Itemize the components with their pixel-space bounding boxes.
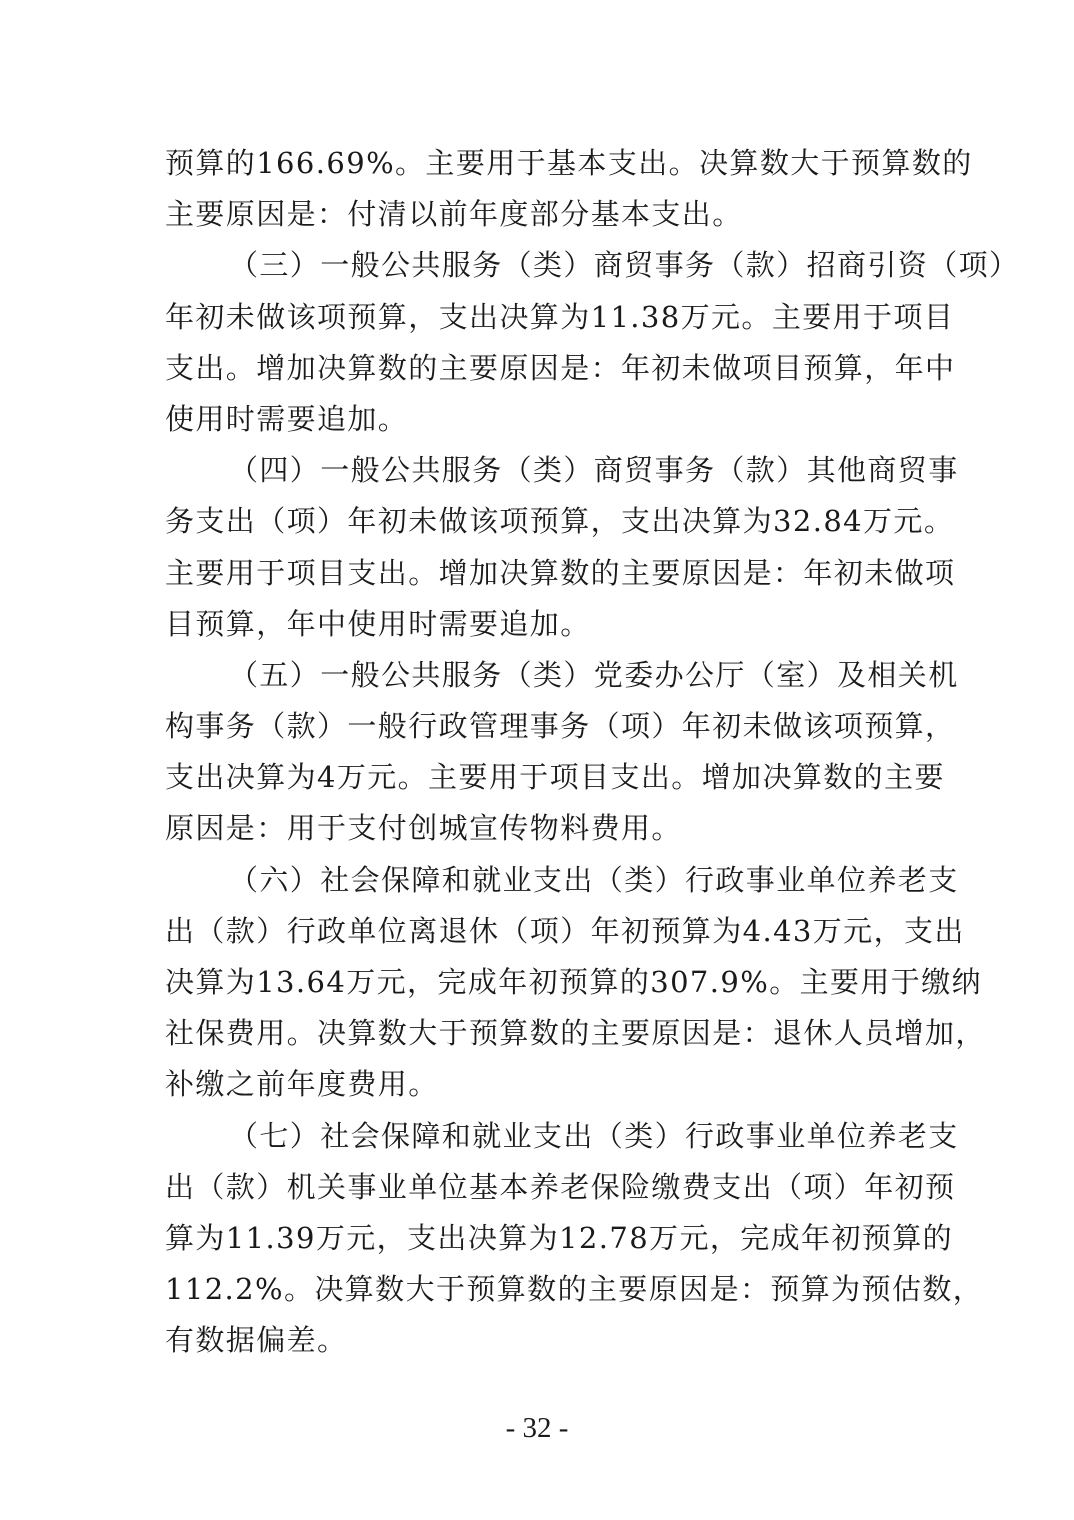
text-line: （三）一般公共服务（类）商贸事务（款）招商引资（项） — [165, 240, 925, 291]
text-line: 算为11.39万元，支出决算为12.78万元，完成年初预算的 — [165, 1213, 925, 1264]
text-line: 主要用于项目支出。增加决算数的主要原因是：年初未做项 — [165, 548, 925, 599]
text-line: 有数据偏差。 — [165, 1315, 925, 1366]
text-line: （七）社会保障和就业支出（类）行政事业单位养老支 — [165, 1111, 925, 1162]
text-line: 支出。增加决算数的主要原因是：年初未做项目预算，年中 — [165, 343, 925, 394]
text-line: 年初未做该项预算，支出决算为11.38万元。主要用于项目 — [165, 292, 925, 343]
paragraph-item-3: （三）一般公共服务（类）商贸事务（款）招商引资（项） 年初未做该项预算，支出决算… — [165, 240, 925, 445]
text-line: 112.2%。决算数大于预算数的主要原因是：预算为预估数， — [165, 1264, 925, 1315]
text-line: 补缴之前年度费用。 — [165, 1059, 925, 1110]
page-number: - 32 - — [0, 1410, 1074, 1446]
paragraph-item-6: （六）社会保障和就业支出（类）行政事业单位养老支 出（款）行政单位离退休（项）年… — [165, 855, 925, 1111]
text-line: 支出决算为4万元。主要用于项目支出。增加决算数的主要 — [165, 752, 925, 803]
text-line: （五）一般公共服务（类）党委办公厅（室）及相关机 — [165, 650, 925, 701]
text-line: 使用时需要追加。 — [165, 394, 925, 445]
text-line: 社保费用。决算数大于预算数的主要原因是：退休人员增加， — [165, 1008, 925, 1059]
text-line: （四）一般公共服务（类）商贸事务（款）其他商贸事 — [165, 445, 925, 496]
text-line: （六）社会保障和就业支出（类）行政事业单位养老支 — [165, 855, 925, 906]
paragraph-item-4: （四）一般公共服务（类）商贸事务（款）其他商贸事 务支出（项）年初未做该项预算，… — [165, 445, 925, 650]
text-line: 预算的166.69%。主要用于基本支出。决算数大于预算数的 — [165, 138, 925, 189]
text-line: 出（款）机关事业单位基本养老保险缴费支出（项）年初预 — [165, 1162, 925, 1213]
text-line: 目预算，年中使用时需要追加。 — [165, 599, 925, 650]
text-line: 务支出（项）年初未做该项预算，支出决算为32.84万元。 — [165, 496, 925, 547]
document-body: 预算的166.69%。主要用于基本支出。决算数大于预算数的 主要原因是：付清以前… — [165, 138, 925, 1367]
paragraph-item-7: （七）社会保障和就业支出（类）行政事业单位养老支 出（款）机关事业单位基本养老保… — [165, 1111, 925, 1367]
text-line: 主要原因是：付清以前年度部分基本支出。 — [165, 189, 925, 240]
text-line: 出（款）行政单位离退休（项）年初预算为4.43万元，支出 — [165, 906, 925, 957]
paragraph-continuation: 预算的166.69%。主要用于基本支出。决算数大于预算数的 主要原因是：付清以前… — [165, 138, 925, 240]
document-page: 预算的166.69%。主要用于基本支出。决算数大于预算数的 主要原因是：付清以前… — [0, 0, 1074, 1520]
text-line: 构事务（款）一般行政管理事务（项）年初未做该项预算， — [165, 701, 925, 752]
text-line: 原因是：用于支付创城宣传物料费用。 — [165, 803, 925, 854]
paragraph-item-5: （五）一般公共服务（类）党委办公厅（室）及相关机 构事务（款）一般行政管理事务（… — [165, 650, 925, 855]
text-line: 决算为13.64万元，完成年初预算的307.9%。主要用于缴纳 — [165, 957, 925, 1008]
